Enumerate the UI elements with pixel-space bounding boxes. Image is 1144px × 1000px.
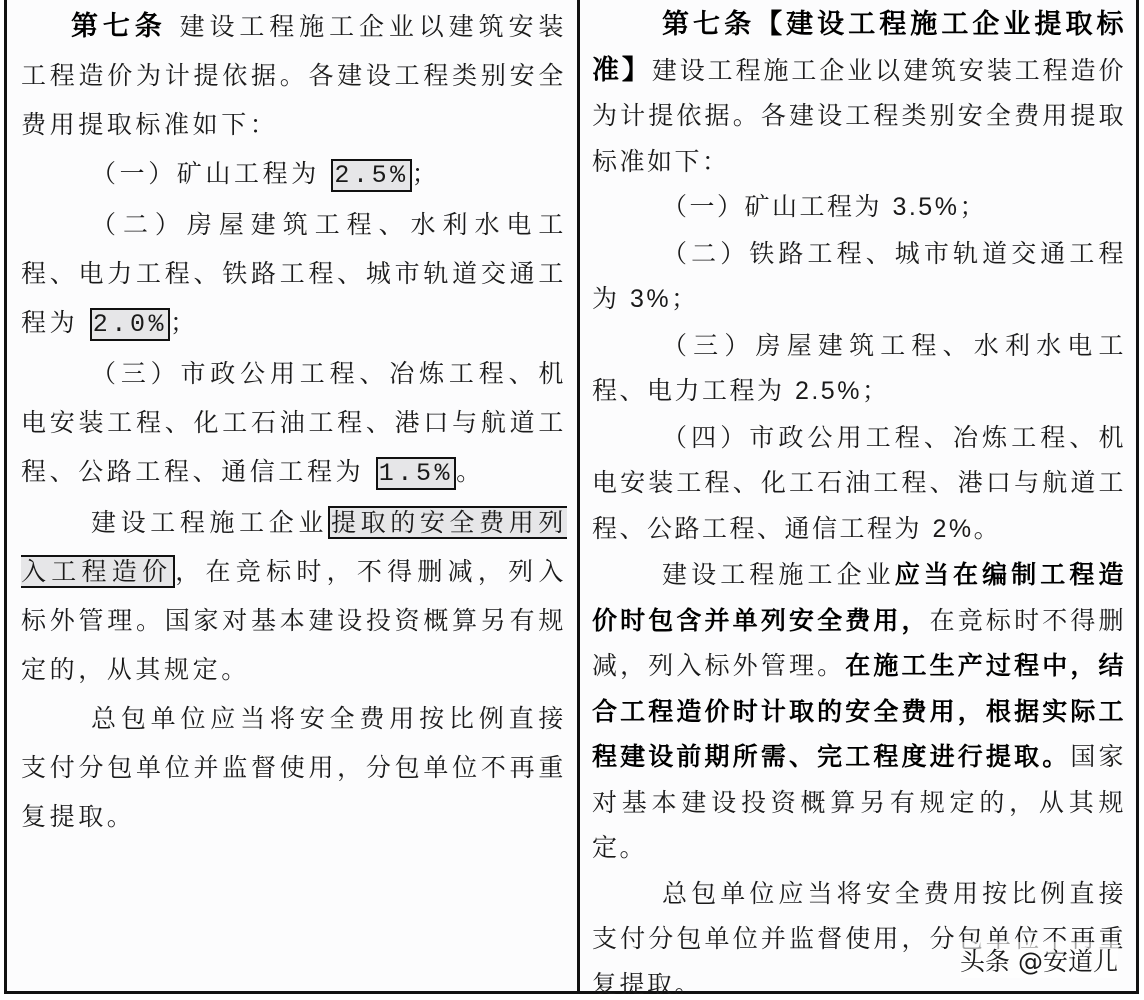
rate: 3% bbox=[630, 285, 671, 313]
rate: 2.5% bbox=[795, 377, 862, 405]
comparison-table: 第七条 建设工程施工企业以建筑安装工程造价为计提依据。各建设工程类别安全费用提取… bbox=[4, 0, 1139, 994]
item-3: （三）市政公用工程、冶炼工程、机电安装工程、化工石油工程、港口与航道工程、公路工… bbox=[21, 349, 567, 498]
item-4: （四）市政公用工程、冶炼工程、机电安装工程、化工石油工程、港口与航道工程、公路工… bbox=[592, 415, 1126, 553]
paragraph-2: 建设工程施工企业应当在编制工程造价时包含并单列安全费用，在竞标时不得删减，列入标… bbox=[592, 552, 1126, 871]
new-version-column: 第七条【建设工程施工企业提取标准】建设工程施工企业以建筑安装工程造价为计提依据。… bbox=[580, 0, 1136, 991]
highlighted-rate: 2.5% bbox=[331, 159, 411, 192]
article-intro: 第七条 建设工程施工企业以建筑安装工程造价为计提依据。各建设工程类别安全费用提取… bbox=[21, 2, 567, 149]
paragraph-3: 总包单位应当将安全费用按比例直接支付分包单位并监督使用，分包单位不再重复提取。 bbox=[592, 871, 1126, 1000]
old-version-column: 第七条 建设工程施工企业以建筑安装工程造价为计提依据。各建设工程类别安全费用提取… bbox=[7, 0, 580, 991]
bottom-margin bbox=[0, 994, 1144, 1000]
article-intro: 第七条【建设工程施工企业提取标准】建设工程施工企业以建筑安装工程造价为计提依据。… bbox=[592, 2, 1126, 184]
paragraph-3: 总包单位应当将安全费用按比例直接支付分包单位并监督使用，分包单位不再重复提取。 bbox=[21, 694, 567, 841]
rate: 3.5% bbox=[892, 193, 959, 221]
article-title: 第七条 bbox=[71, 11, 167, 42]
highlighted-rate: 1.5% bbox=[376, 457, 456, 490]
watermark: 头条 @安道儿 bbox=[960, 942, 1118, 978]
item-1: （一）矿山工程为 3.5%； bbox=[592, 184, 1126, 231]
item-2: （二）铁路工程、城市轨道交通工程为 3%； bbox=[592, 231, 1126, 323]
item-1: （一）矿山工程为 2.5%； bbox=[21, 149, 567, 200]
item-2: （二）房屋建筑工程、水利水电工程、电力工程、铁路工程、城市轨道交通工程为 2.0… bbox=[21, 200, 567, 349]
highlighted-rate: 2.0% bbox=[90, 308, 170, 341]
item-3: （三）房屋建筑工程、水利水电工程、电力工程为 2.5%； bbox=[592, 323, 1126, 415]
paragraph-2: 建设工程施工企业提取的安全费用列入工程造价，在竞标时，不得删减，列入标外管理。国… bbox=[21, 498, 567, 694]
rate: 2% bbox=[932, 515, 973, 543]
